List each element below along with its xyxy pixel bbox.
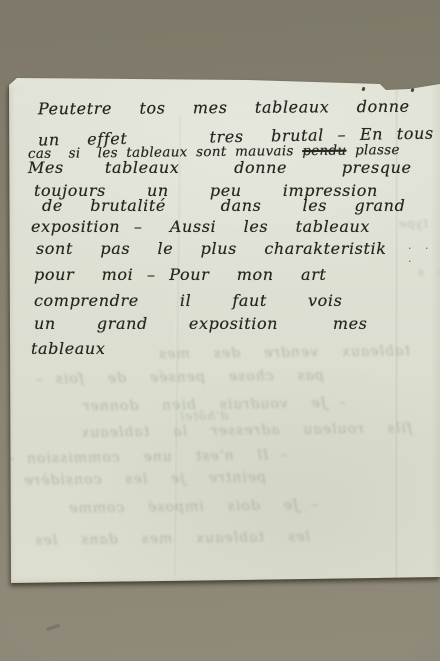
letter-page: type – s tableaux vendre des mes pas cho… [8, 76, 440, 586]
bleedthrough-line: – Je dois imposé comme [64, 498, 318, 516]
bleedthrough-line: fils rouleau adresser la tableaux [36, 421, 412, 440]
bleedthrough-line: – Il n'est une commission – [36, 448, 288, 466]
bleedthrough-line: les tableaux mes dans les Pilestred [18, 530, 310, 548]
handwritten-line: comprendre il faut vois [34, 293, 342, 310]
handwritten-line: exposition – Aussi les tableaux [31, 219, 370, 236]
handwritten-line: de brutalité dans les grand [42, 198, 405, 215]
ink-speck [361, 87, 365, 92]
handwritten-line: sont pas le plus charakteristik [36, 241, 387, 258]
struck-word: pendu [302, 143, 346, 159]
handwritten-line: un grand exposition mes [34, 316, 367, 333]
handwritten-line: pour moi – Pour mon art [34, 267, 326, 284]
paper-shadow-wrap: type – s tableaux vendre des mes pas cho… [8, 76, 440, 586]
line-segment: plasse [346, 142, 399, 159]
bleedthrough-line: d'hôtel [180, 410, 228, 423]
handwritten-line: Mes tableaux donne presque [28, 160, 412, 177]
handwritten-line: Peutetre tos mes tableaux donne [38, 99, 410, 118]
photo-background: type – s tableaux vendre des mes pas cho… [0, 0, 440, 661]
bleedthrough-line: pas chose pensée de fois – [128, 369, 324, 386]
background-scratch [46, 624, 60, 631]
margin-dots: · · · [408, 242, 440, 268]
corner-bend [8, 76, 24, 88]
handwritten-line: tableaux [31, 341, 105, 358]
bleedthrough-line: type [368, 218, 428, 231]
ink-speck [411, 88, 415, 93]
bleedthrough-line: peintre je les considère – [46, 470, 266, 487]
bleedthrough-line: tableaux vendre des mes [120, 344, 410, 362]
